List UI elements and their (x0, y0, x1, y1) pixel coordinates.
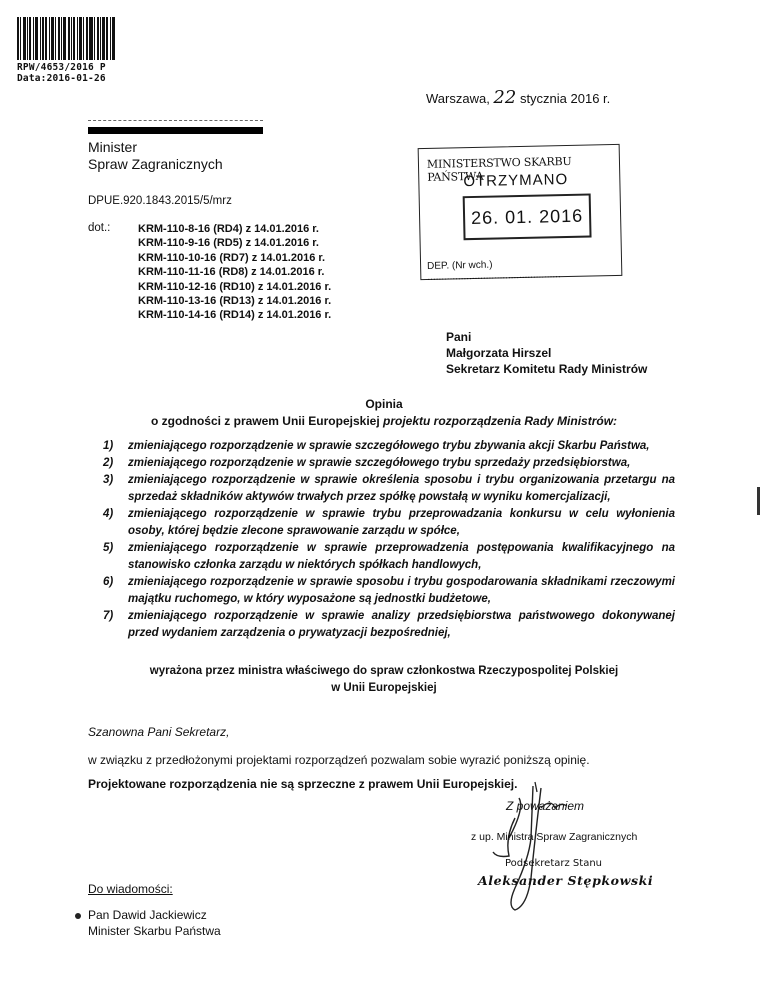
reference-number: DPUE.920.1843.2015/5/mrz (88, 195, 232, 207)
conclusion-text: Projektowane rozporządzenia nie są sprze… (88, 777, 517, 791)
reference-item: KRM-110-12-16 (RD10) z 14.01.2016 r. (138, 280, 331, 294)
barcode (17, 17, 122, 60)
reference-item: KRM-110-11-16 (RD8) z 14.01.2016 r. (138, 265, 331, 279)
date-suffix: stycznia 2016 r. (516, 91, 610, 106)
document-title: Opinia (0, 397, 768, 411)
scan-edge-mark (757, 487, 760, 515)
cc-recipient: Pan Dawid Jackiewicz Minister Skarbu Pań… (88, 907, 221, 939)
recipient-role: Sekretarz Komitetu Rady Ministrów (446, 361, 647, 377)
signature-name: Aleksander Stępkowski (478, 873, 653, 888)
body-text: w związku z przedłożonymi projektami roz… (88, 753, 590, 767)
recipient-name: Małgorzata Hirszel (446, 345, 647, 361)
list-number: 5) (103, 540, 128, 574)
reference-item: KRM-110-8-16 (RD4) z 14.01.2016 r. (138, 222, 331, 236)
cc-role: Minister Skarbu Państwa (88, 923, 221, 939)
list-item: 3)zmieniającego rozporządzenie w sprawie… (103, 472, 675, 506)
received-stamp: MINISTERSTWO SKARBU PAŃSTWA OTRZYMANO 26… (418, 144, 623, 280)
signature-on-behalf: z up. Ministra Spraw Zagranicznych (471, 831, 637, 843)
list-number: 4) (103, 506, 128, 540)
cc-heading: Do wiadomości: (88, 882, 173, 896)
stamp-status: OTRZYMANO (463, 171, 568, 190)
date-place: Warszawa, (426, 91, 493, 106)
regulation-list: 1)zmieniającego rozporządzenie w sprawie… (103, 438, 675, 642)
reference-dot-label: dot.: (88, 222, 110, 234)
signature-title: Podsekretarz Stanu (505, 858, 602, 869)
reference-item: KRM-110-10-16 (RD7) z 14.01.2016 r. (138, 251, 331, 265)
list-text: zmieniającego rozporządzenie w sprawie s… (128, 574, 675, 608)
list-number: 6) (103, 574, 128, 608)
cc-name: Pan Dawid Jackiewicz (88, 907, 221, 923)
subtitle-italic: projektu rozporządzenia Rady Ministrów: (383, 414, 617, 428)
list-number: 2) (103, 455, 128, 472)
reference-item: KRM-110-9-16 (RD5) z 14.01.2016 r. (138, 236, 331, 250)
redaction-bar (88, 127, 263, 134)
list-item: 1)zmieniającego rozporządzenie w sprawie… (103, 438, 675, 455)
sender-block: Minister Spraw Zagranicznych (88, 139, 223, 173)
letter-date: Warszawa, 22 stycznia 2016 r. (426, 87, 610, 108)
greeting: Szanowna Pani Sekretarz, (88, 725, 229, 739)
reference-list: KRM-110-8-16 (RD4) z 14.01.2016 r. KRM-1… (138, 222, 331, 323)
list-item: 5)zmieniającego rozporządzenie w sprawie… (103, 540, 675, 574)
document-subtitle: o zgodności z prawem Unii Europejskiej p… (0, 414, 768, 428)
recipient-salutation: Pani (446, 329, 647, 345)
recipient-block: Pani Małgorzata Hirszel Sekretarz Komite… (446, 329, 647, 377)
list-number: 7) (103, 608, 128, 642)
date-day-handwritten: 22 (493, 87, 516, 108)
stamp-date-box: 26. 01. 2016 (463, 194, 592, 241)
stamp-dep: DEP. (Nr wch.) .........................… (427, 257, 621, 283)
stamp-dep-dots: ........................................… (427, 269, 561, 283)
list-text: zmieniającego rozporządzenie w sprawie o… (128, 472, 675, 506)
list-number: 3) (103, 472, 128, 506)
handwritten-signature-icon (475, 778, 605, 913)
list-text: zmieniającego rozporządzenie w sprawie s… (128, 455, 675, 472)
issuer-line-1: wyrażona przez ministra właściwego do sp… (0, 663, 768, 680)
subtitle-regular: o zgodności z prawem Unii Europejskiej (151, 414, 383, 428)
bullet-icon (75, 913, 81, 919)
barcode-id: RPW/4653/2016 P (17, 62, 106, 73)
list-text: zmieniającego rozporządzenie w sprawie s… (128, 438, 675, 455)
issuer-line-2: w Unii Europejskiej (0, 680, 768, 697)
barcode-date: Data:2016-01-26 (17, 73, 106, 84)
list-item: 2)zmieniającego rozporządzenie w sprawie… (103, 455, 675, 472)
list-text: zmieniającego rozporządzenie w sprawie a… (128, 608, 675, 642)
list-text: zmieniającego rozporządzenie w sprawie p… (128, 540, 675, 574)
reference-item: KRM-110-14-16 (RD14) z 14.01.2016 r. (138, 308, 331, 322)
list-item: 4)zmieniającego rozporządzenie w sprawie… (103, 506, 675, 540)
divider-line (88, 120, 263, 122)
list-number: 1) (103, 438, 128, 455)
stamp-date: 26. 01. 2016 (465, 196, 590, 239)
list-item: 7)zmieniającego rozporządzenie w sprawie… (103, 608, 675, 642)
sender-line-1: Minister (88, 139, 223, 156)
reference-item: KRM-110-13-16 (RD13) z 14.01.2016 r. (138, 294, 331, 308)
list-text: zmieniającego rozporządzenie w sprawie t… (128, 506, 675, 540)
sender-line-2: Spraw Zagranicznych (88, 156, 223, 173)
list-item: 6)zmieniającego rozporządzenie w sprawie… (103, 574, 675, 608)
